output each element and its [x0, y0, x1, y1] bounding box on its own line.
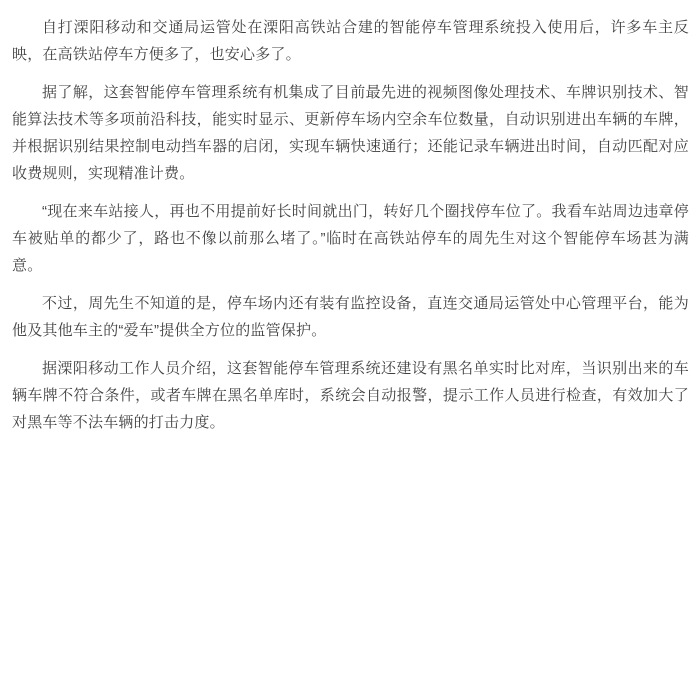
article-paragraph-1: 自打溧阳移动和交通局运管处在溧阳高铁站合建的智能停车管理系统投入使用后，许多车主… [12, 14, 689, 68]
article-paragraph-4: 不过，周先生不知道的是，停车场内还有装有监控设备，直连交通局运管处中心管理平台，… [12, 290, 689, 344]
article-paragraph-2: 据了解，这套智能停车管理系统有机集成了目前最先进的视频图像处理技术、车牌识别技术… [12, 79, 689, 187]
article-paragraph-5: 据溧阳移动工作人员介绍，这套智能停车管理系统还建设有黑名单实时比对库，当识别出来… [12, 355, 689, 436]
article-paragraph-3: “现在来车站接人，再也不用提前好长时间就出门，转好几个圈找停车位了。我看车站周边… [12, 198, 689, 279]
article-body: 自打溧阳移动和交通局运管处在溧阳高铁站合建的智能停车管理系统投入使用后，许多车主… [0, 0, 700, 436]
